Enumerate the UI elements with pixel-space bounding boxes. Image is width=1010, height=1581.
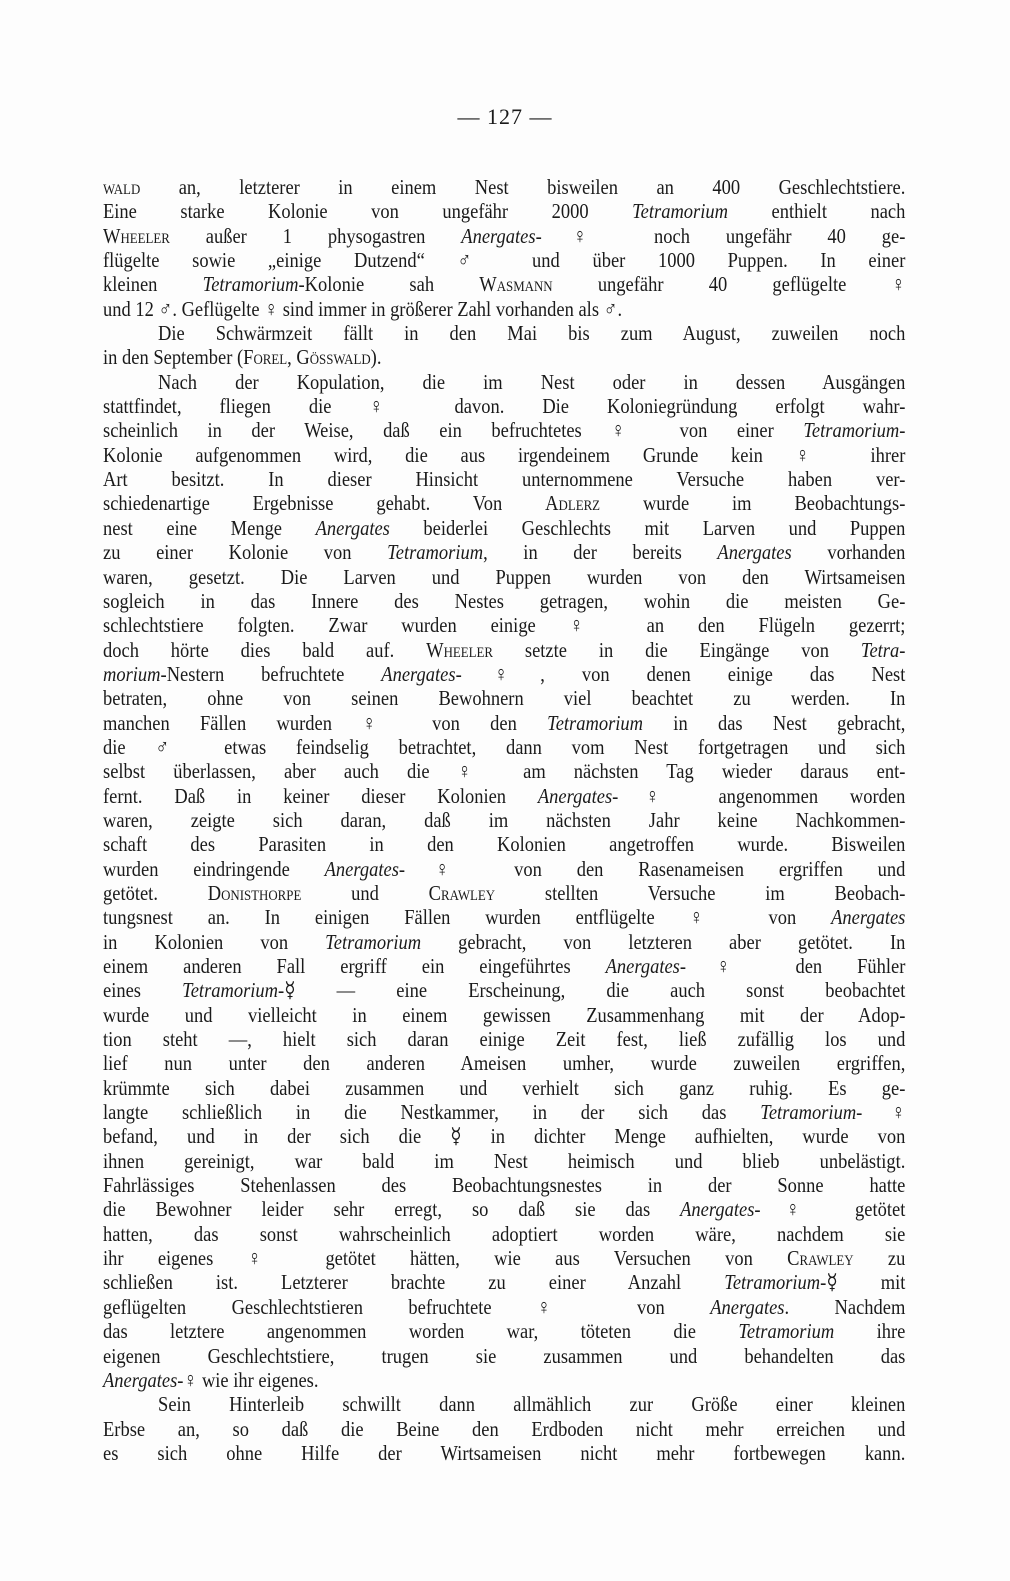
text-line: schiedenartige Ergebnisse gehabt. Von Ad… — [103, 491, 905, 515]
text-segment: Art besitzt. In dieser Hinsicht unternom… — [103, 467, 905, 491]
text-segment: beiderlei Geschlechts mit Larven und Pup… — [390, 516, 906, 540]
author-name: Wheeler — [426, 638, 493, 662]
italic-term: Tetramorium — [738, 1319, 834, 1343]
text-segment: stellten Versuche im Beobach- — [495, 881, 905, 905]
italic-term: Tetramorium — [182, 978, 278, 1002]
text-segment: zu einer Kolonie von — [103, 540, 387, 564]
italic-term: Tetra- — [861, 638, 906, 662]
text-line: Die Schwärmzeit fällt in den Mai bis zum… — [103, 321, 905, 345]
text-line: Sein Hinterleib schwillt dann allmählich… — [103, 1392, 905, 1416]
author-name: Gösswald — [296, 345, 370, 369]
text-segment: Fahrlässiges Stehenlassen des Beobachtun… — [103, 1173, 905, 1197]
text-segment: flügelte sowie „einige Dutzend“ ♂ und üb… — [103, 248, 905, 272]
text-segment: hatten, das sonst wahrscheinlich adoptie… — [103, 1222, 905, 1246]
author-name: Forel — [243, 345, 287, 369]
author-name: Wasmann — [479, 272, 552, 296]
text-segment: eines — [103, 978, 182, 1002]
text-segment: ). — [371, 345, 382, 369]
text-line: befand, und in der sich die ☿ in dichter… — [103, 1124, 905, 1148]
text-segment: sogleich in das Innere des Nestes getrag… — [103, 589, 905, 613]
text-line: sogleich in das Innere des Nestes getrag… — [103, 589, 905, 613]
text-segment: scheinlich in der Weise, daß ein befruch… — [103, 418, 803, 442]
text-line: die ♂ etwas feindselig betrachtet, dann … — [103, 735, 905, 759]
italic-term: Tetramorium — [632, 199, 728, 223]
italic-term: Anergates — [831, 905, 905, 929]
text-line: krümmte sich dabei zusammen und verhielt… — [103, 1076, 905, 1100]
text-segment: nest eine Menge — [103, 516, 316, 540]
text-line: manchen Fällen wurden ♀ von den Tetramor… — [103, 711, 905, 735]
book-page: — 127 — wald an, letzterer in einem Nest… — [0, 0, 1010, 1581]
text-segment: ihr eigenes ♀ getötet hätten, wie aus Ve… — [103, 1246, 787, 1270]
text-line: Anergates-♀ wie ihr eigenes. — [103, 1368, 905, 1392]
text-segment: waren, zeigte sich daran, daß im nächste… — [103, 808, 905, 832]
text-line: betraten, ohne von seinen Bewohnern viel… — [103, 686, 905, 710]
text-segment: in das Nest gebracht, — [643, 711, 905, 735]
text-line: eigenen Geschlechtstiere, trugen sie zus… — [103, 1344, 905, 1368]
text-segment: manchen Fällen wurden ♀ von den — [103, 711, 547, 735]
text-line: Wheeler außer 1 physogastren Anergates-♀… — [103, 224, 905, 248]
text-segment: -♀ wie ihr eigenes. — [177, 1368, 318, 1392]
text-segment: schiedenartige Ergebnisse gehabt. Von — [103, 491, 545, 515]
text-segment: -♀ angenommen worden — [612, 784, 905, 808]
text-segment: , in der bereits — [483, 540, 717, 564]
text-line: getötet. Donisthorpe und Crawley stellte… — [103, 881, 905, 905]
text-segment: tungsnest an. In einigen Fällen wurden e… — [103, 905, 831, 929]
text-segment: fernt. Daß in keiner dieser Kolonien — [103, 784, 538, 808]
italic-term: Anergates — [325, 857, 399, 881]
italic-term: Tetramorium — [760, 1100, 856, 1124]
italic-term: Anergates — [538, 784, 612, 808]
text-line: morium-Nestern befruchtete Anergates-♀, … — [103, 662, 905, 686]
text-segment: setzte in die Eingänge von — [493, 638, 861, 662]
text-segment: tion steht —, hielt sich daran einige Ze… — [103, 1027, 905, 1051]
page-number: — 127 — — [0, 104, 1010, 130]
italic-term: Anergates — [461, 224, 535, 248]
text-segment: wurde und vielleicht in einem gewissen Z… — [103, 1003, 905, 1027]
text-line: wald an, letzterer in einem Nest bisweil… — [103, 175, 905, 199]
text-segment: lief nun unter den anderen Ameisen umher… — [103, 1051, 905, 1075]
body-text: wald an, letzterer in einem Nest bisweil… — [103, 175, 906, 1465]
text-line: Nach der Kopulation, die im Nest oder in… — [103, 370, 905, 394]
text-segment: befand, und in der sich die ☿ in dichter… — [103, 1124, 905, 1148]
text-segment: , — [287, 345, 296, 369]
italic-term: Anergates — [717, 540, 791, 564]
text-segment: Sein Hinterleib schwillt dann allmählich… — [158, 1392, 905, 1416]
author-name: wald — [103, 175, 140, 199]
italic-term: Anergates — [316, 516, 390, 540]
text-segment: an, letzterer in einem Nest bisweilen an… — [140, 175, 905, 199]
italic-term: Anergates — [381, 662, 455, 686]
text-line: geflügelten Geschlechtstieren befruchtet… — [103, 1295, 905, 1319]
text-segment: und 12 ♂. Geflügelte ♀ sind immer in grö… — [103, 297, 622, 321]
text-segment: waren, gesetzt. Die Larven und Puppen wu… — [103, 565, 905, 589]
text-segment: wurde im Beobachtungs- — [600, 491, 905, 515]
text-line: schaft des Parasiten in den Kolonien ang… — [103, 832, 905, 856]
text-segment: doch hörte dies bald auf. — [103, 638, 426, 662]
text-segment: Eine starke Kolonie von ungefähr 2000 — [103, 199, 632, 223]
text-segment: zu — [854, 1246, 906, 1270]
text-segment: selbst überlassen, aber auch die ♀ am nä… — [103, 759, 905, 783]
text-line: wurden eindringende Anergates-♀ von den … — [103, 857, 905, 881]
text-segment: in Kolonien von — [103, 930, 325, 954]
text-segment: -Nestern befruchtete — [161, 662, 382, 686]
author-name: Crawley — [787, 1246, 853, 1270]
text-segment: -☿ mit — [820, 1270, 905, 1294]
text-segment: kleinen — [103, 272, 203, 296]
text-line: selbst überlassen, aber auch die ♀ am nä… — [103, 759, 905, 783]
text-segment: eigenen Geschlechtstiere, trugen sie zus… — [103, 1344, 905, 1368]
text-segment: krümmte sich dabei zusammen und verhielt… — [103, 1076, 905, 1100]
text-segment: einem anderen Fall ergriff ein eingeführ… — [103, 954, 606, 978]
text-line: scheinlich in der Weise, daß ein befruch… — [103, 418, 905, 442]
italic-term: Tetramorium- — [803, 418, 905, 442]
text-line: das letztere angenommen worden war, töte… — [103, 1319, 905, 1343]
text-segment: betraten, ohne von seinen Bewohnern viel… — [103, 686, 905, 710]
text-line: hatten, das sonst wahrscheinlich adoptie… — [103, 1222, 905, 1246]
text-segment: und — [301, 881, 428, 905]
text-segment: schlechtstiere folgten. Zwar wurden eini… — [103, 613, 905, 637]
text-segment: . Nachdem — [784, 1295, 905, 1319]
text-line: Kolonie aufgenommen wird, die aus irgend… — [103, 443, 905, 467]
text-segment: -♀ den Fühler — [680, 954, 905, 978]
text-segment: getötet. — [103, 881, 208, 905]
text-line: und 12 ♂. Geflügelte ♀ sind immer in grö… — [103, 297, 905, 321]
text-segment: -☿ — eine Erscheinung, die auch sonst be… — [278, 978, 905, 1002]
text-segment: Kolonie aufgenommen wird, die aus irgend… — [103, 443, 905, 467]
text-segment: ihnen gereinigt, war bald im Nest heimis… — [103, 1149, 905, 1173]
text-segment: -♀, von denen einige das Nest — [456, 662, 906, 686]
text-segment: Nach der Kopulation, die im Nest oder in… — [158, 370, 905, 394]
text-line: fernt. Daß in keiner dieser Kolonien Ane… — [103, 784, 905, 808]
text-segment: -Kolonie sah — [299, 272, 480, 296]
text-line: lief nun unter den anderen Ameisen umher… — [103, 1051, 905, 1075]
text-segment: schließen ist. Letzterer brachte zu eine… — [103, 1270, 724, 1294]
text-segment: -♀ getötet — [754, 1197, 905, 1221]
text-segment: Die Schwärmzeit fällt in den Mai bis zum… — [158, 321, 905, 345]
text-line: nest eine Menge Anergates beiderlei Gesc… — [103, 516, 905, 540]
text-line: langte schließlich in die Nestkammer, in… — [103, 1100, 905, 1124]
text-segment: schaft des Parasiten in den Kolonien ang… — [103, 832, 905, 856]
text-segment: langte schließlich in die Nestkammer, in… — [103, 1100, 760, 1124]
italic-term: Anergates — [680, 1197, 754, 1221]
text-line: waren, zeigte sich daran, daß im nächste… — [103, 808, 905, 832]
italic-term: Tetramorium — [547, 711, 643, 735]
text-segment: -♀ von den Rasenameisen ergriffen und — [399, 857, 905, 881]
italic-term: Tetramorium — [325, 930, 421, 954]
text-segment: ungefähr 40 geflügelte ♀ — [553, 272, 906, 296]
italic-term: Tetramorium — [724, 1270, 820, 1294]
text-segment: Erbse an, so daß die Beine den Erdboden … — [103, 1417, 905, 1441]
text-line: kleinen Tetramorium-Kolonie sah Wasmann … — [103, 272, 905, 296]
author-name: Donisthorpe — [208, 881, 302, 905]
text-line: die Bewohner leider sehr erregt, so daß … — [103, 1197, 905, 1221]
text-segment: ihre — [834, 1319, 905, 1343]
text-line: waren, gesetzt. Die Larven und Puppen wu… — [103, 565, 905, 589]
italic-term: Anergates — [710, 1295, 784, 1319]
text-segment: -♀ noch ungefähr 40 ge- — [536, 224, 906, 248]
text-line: tion steht —, hielt sich daran einige Ze… — [103, 1027, 905, 1051]
text-segment: vorhanden — [792, 540, 906, 564]
text-segment: stattfindet, fliegen die ♀ davon. Die Ko… — [103, 394, 905, 418]
text-line: es sich ohne Hilfe der Wirtsameisen nich… — [103, 1441, 905, 1465]
author-name: Wheeler — [103, 224, 170, 248]
text-segment: in den September ( — [103, 345, 243, 369]
text-line: flügelte sowie „einige Dutzend“ ♂ und üb… — [103, 248, 905, 272]
italic-term: Anergates — [606, 954, 680, 978]
text-line: ihr eigenes ♀ getötet hätten, wie aus Ve… — [103, 1246, 905, 1270]
text-line: Erbse an, so daß die Beine den Erdboden … — [103, 1417, 905, 1441]
italic-term: Anergates — [103, 1368, 177, 1392]
text-line: in Kolonien von Tetramorium gebracht, vo… — [103, 930, 905, 954]
text-line: schließen ist. Letzterer brachte zu eine… — [103, 1270, 905, 1294]
author-name: Adlerz — [545, 491, 600, 515]
text-line: wurde und vielleicht in einem gewissen Z… — [103, 1003, 905, 1027]
text-segment: es sich ohne Hilfe der Wirtsameisen nich… — [103, 1441, 905, 1465]
text-line: in den September (Forel, Gösswald). — [103, 345, 905, 369]
text-line: einem anderen Fall ergriff ein eingeführ… — [103, 954, 905, 978]
text-line: stattfindet, fliegen die ♀ davon. Die Ko… — [103, 394, 905, 418]
italic-term: Tetramorium — [203, 272, 299, 296]
italic-term: morium — [103, 662, 161, 686]
italic-term: Tetramorium — [387, 540, 483, 564]
text-segment: -♀ — [856, 1100, 905, 1124]
text-line: eines Tetramorium-☿ — eine Erscheinung, … — [103, 978, 905, 1002]
text-line: schlechtstiere folgten. Zwar wurden eini… — [103, 613, 905, 637]
text-line: Eine starke Kolonie von ungefähr 2000 Te… — [103, 199, 905, 223]
text-line: Fahrlässiges Stehenlassen des Beobachtun… — [103, 1173, 905, 1197]
text-line: doch hörte dies bald auf. Wheeler setzte… — [103, 638, 905, 662]
text-segment: geflügelten Geschlechtstieren befruchtet… — [103, 1295, 710, 1319]
text-segment: das letztere angenommen worden war, töte… — [103, 1319, 738, 1343]
text-segment: enthielt nach — [728, 199, 905, 223]
text-line: ihnen gereinigt, war bald im Nest heimis… — [103, 1149, 905, 1173]
text-segment: die ♂ etwas feindselig betrachtet, dann … — [103, 735, 905, 759]
text-line: Art besitzt. In dieser Hinsicht unternom… — [103, 467, 905, 491]
text-segment: wurden eindringende — [103, 857, 325, 881]
text-segment: die Bewohner leider sehr erregt, so daß … — [103, 1197, 680, 1221]
author-name: Crawley — [429, 881, 495, 905]
text-segment: außer 1 physogastren — [170, 224, 461, 248]
text-line: zu einer Kolonie von Tetramorium, in der… — [103, 540, 905, 564]
text-line: tungsnest an. In einigen Fällen wurden e… — [103, 905, 905, 929]
text-segment: gebracht, von letzteren aber getötet. In — [421, 930, 905, 954]
